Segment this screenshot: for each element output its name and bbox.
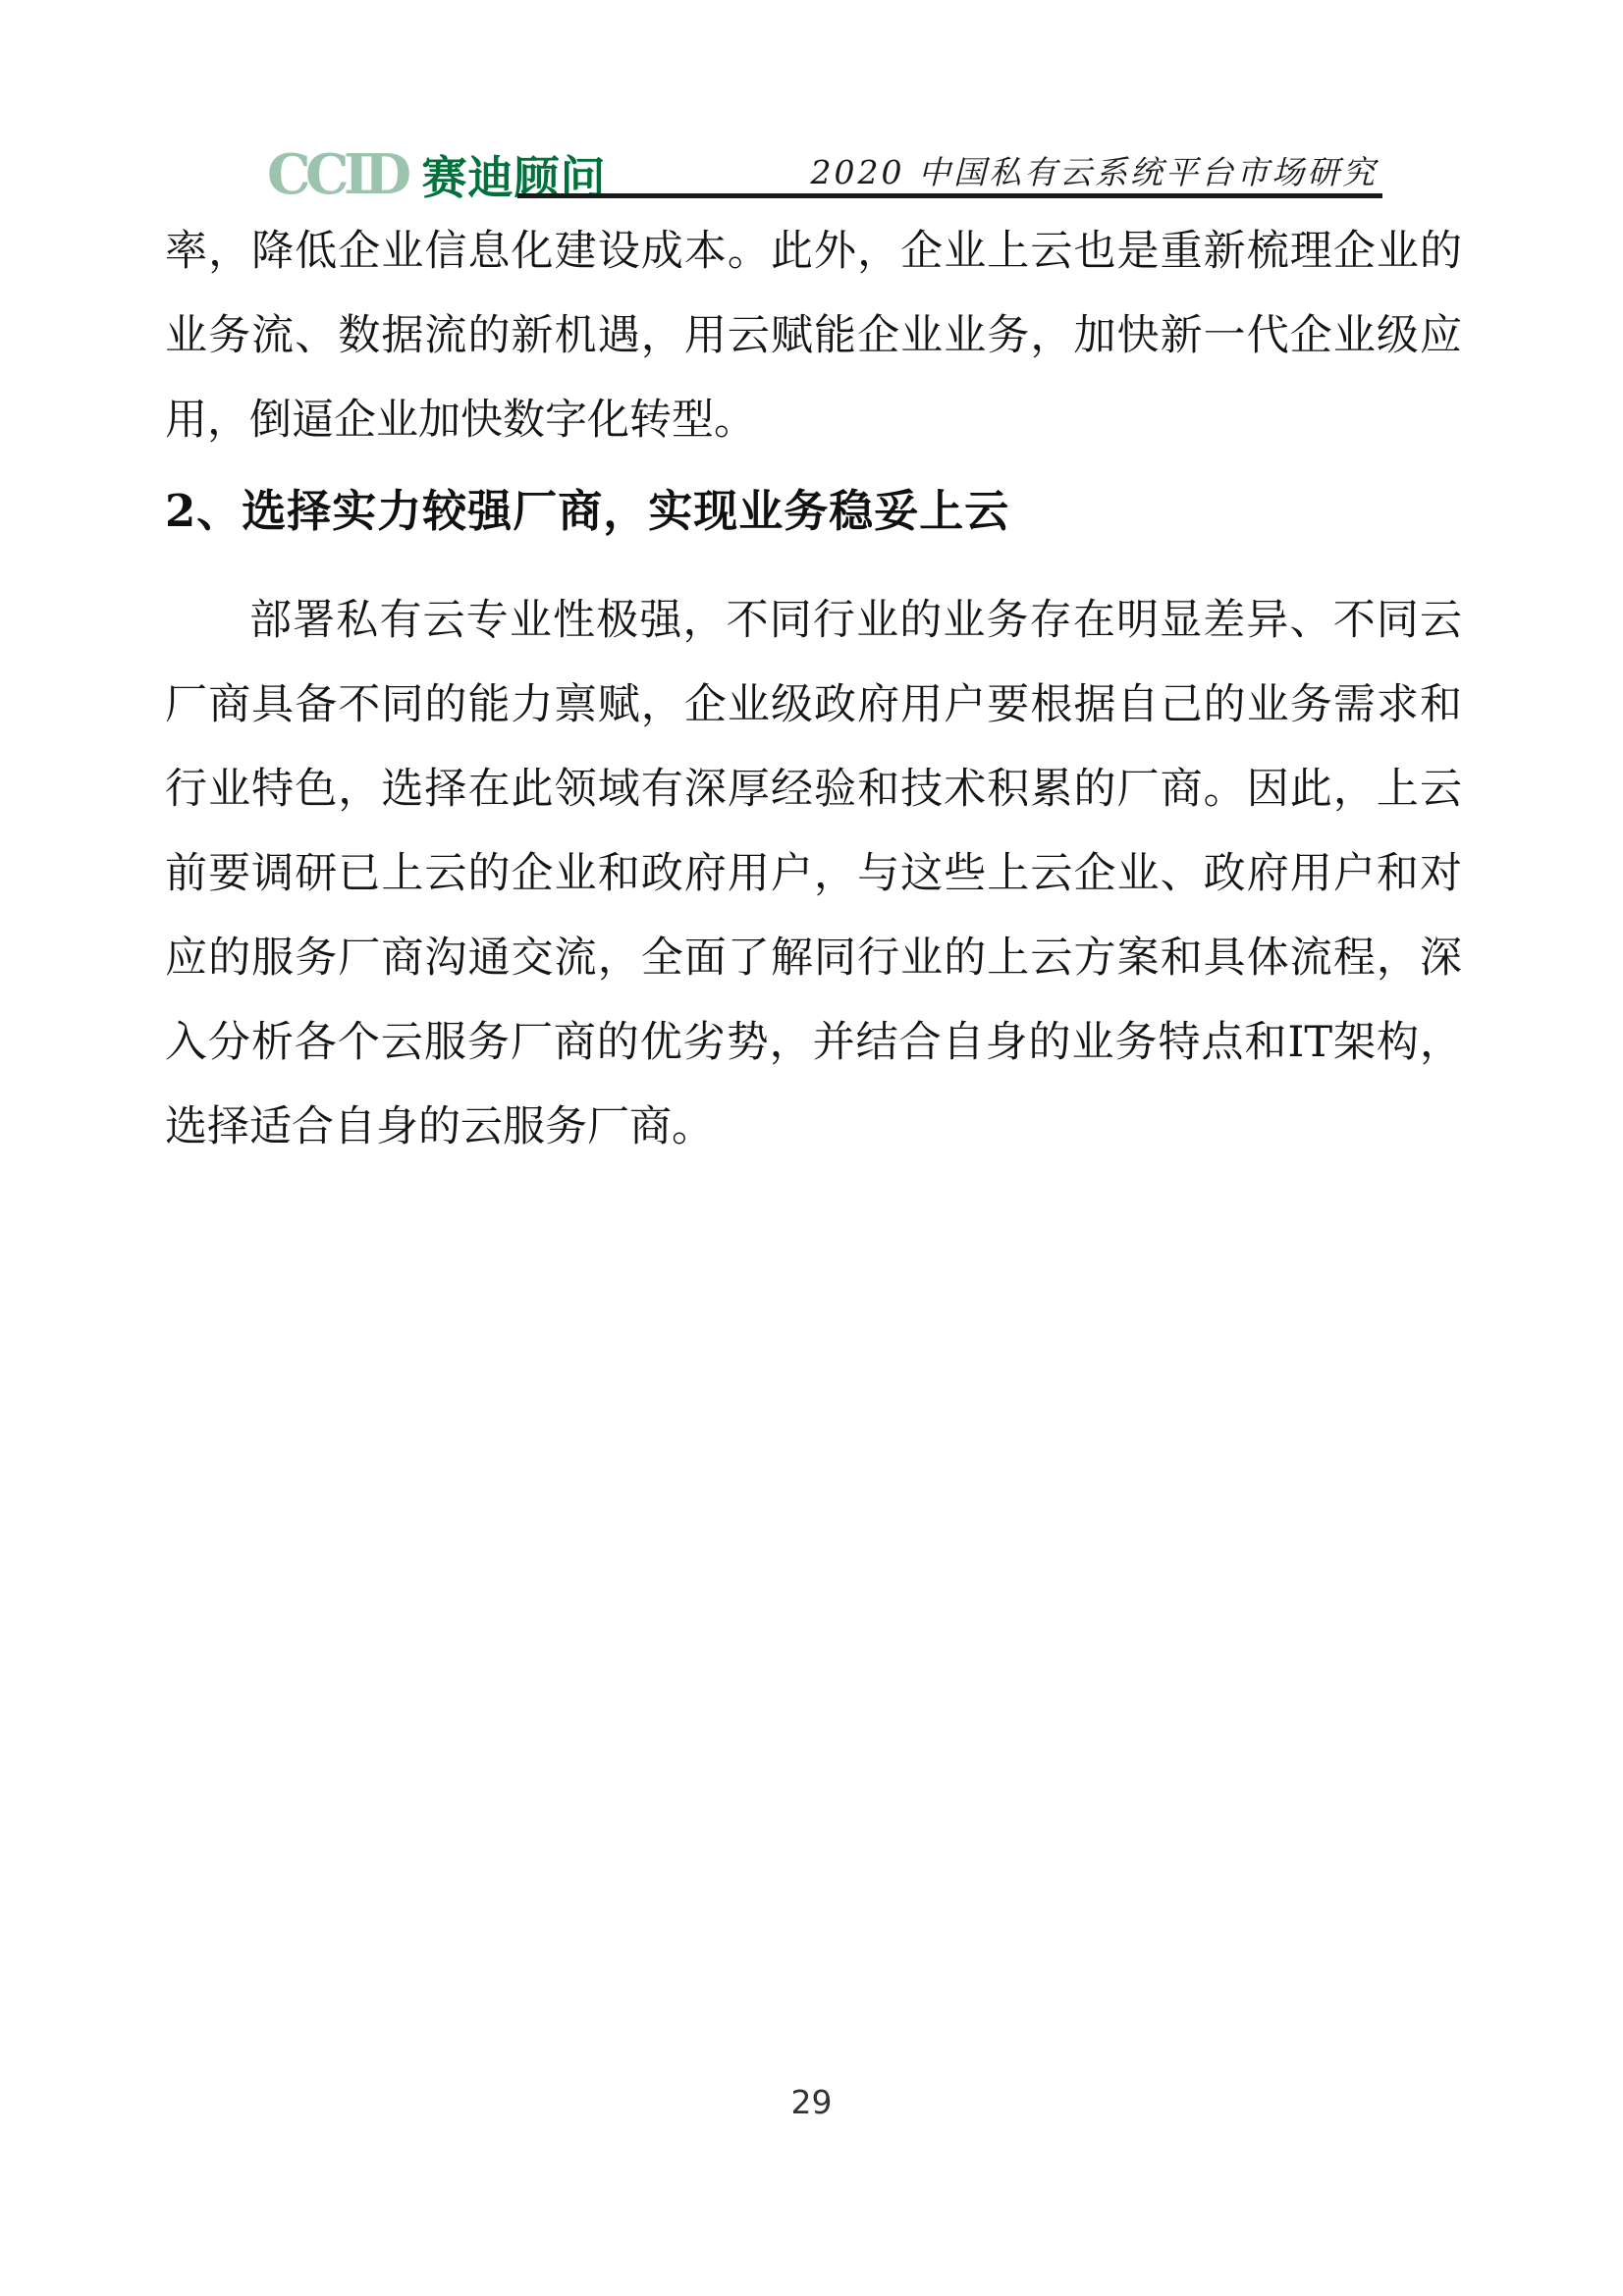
paragraph-continued-from-previous-page: 率，降低企业信息化建设成本。此外，企业上云也是重新梳理企业的业务流、数据流的新机… (165, 209, 1462, 462)
ccid-logo-icon: CCID (267, 147, 406, 202)
paragraph-body: 部署私有云专业性极强，不同行业的业务存在明显差异、不同云厂商具备不同的能力禀赋，… (165, 578, 1462, 1169)
page-number: 29 (0, 2083, 1623, 2121)
page-content: 率，降低企业信息化建设成本。此外，企业上云也是重新梳理企业的业务流、数据流的新机… (165, 209, 1462, 1169)
section-heading: 2、选择实力较强厂商，实现业务稳妥上云 (165, 484, 1462, 539)
report-page: CCID 赛迪顾问 2020 中国私有云系统平台市场研究 率，降低企业信息化建设… (0, 0, 1623, 2296)
report-header-title: 2020 中国私有云系统平台市场研究 (811, 153, 1378, 192)
page-header: CCID 赛迪顾问 2020 中国私有云系统平台市场研究 (0, 0, 1623, 201)
header-divider-rule (517, 193, 1382, 198)
